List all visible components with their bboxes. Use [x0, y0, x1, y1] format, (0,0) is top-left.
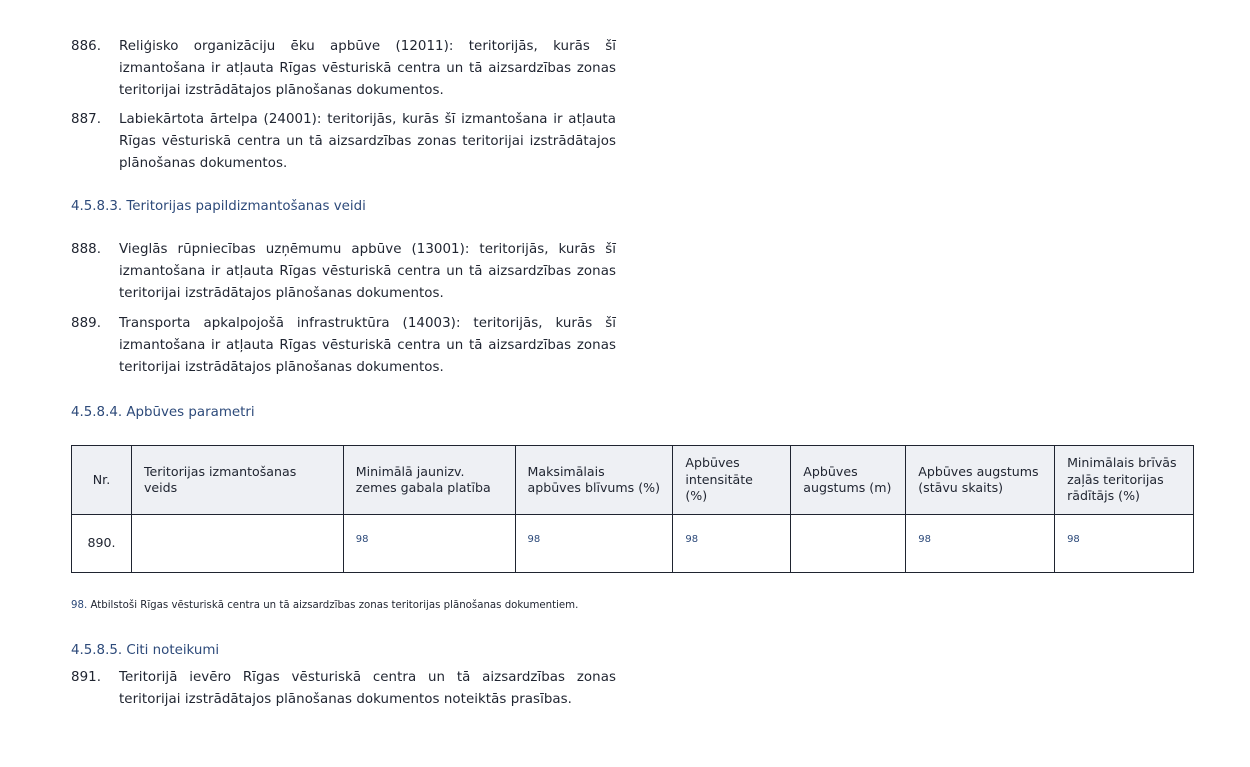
header-min-green-area: Minimālais brīvās zaļās teritorijas rādī…	[1055, 446, 1194, 515]
footnote-text: Atbilstoši Rīgas vēsturiskā centra un tā…	[90, 600, 578, 611]
cell-min-green-area-footnote-link[interactable]: 98	[1055, 515, 1194, 573]
section-heading-building-params: 4.5.8.4. Apbūves parametri	[71, 403, 255, 423]
cell-intensity-footnote-link[interactable]: 98	[673, 515, 791, 573]
header-intensity: Apbūves intensitāte (%)	[673, 446, 791, 515]
header-max-density: Maksimālais apbūves blīvums (%)	[515, 446, 673, 515]
header-min-plot-area: Minimālā jaunizv. zemes gabala platība	[343, 446, 515, 515]
cell-nr: 890.	[72, 515, 132, 573]
building-parameters-table: Nr. Teritorijas izmantošanas veids Minim…	[71, 445, 1194, 573]
clause-891: 891. Teritorijā ievēro Rīgas vēsturiskā …	[71, 667, 616, 711]
table-header-row: Nr. Teritorijas izmantošanas veids Minim…	[72, 446, 1194, 515]
header-height-floors: Apbūves augstums (stāvu skaits)	[906, 446, 1055, 515]
cell-min-plot-area-footnote-link[interactable]: 98	[343, 515, 515, 573]
header-height-m: Apbūves augstums (m)	[791, 446, 906, 515]
clause-886: 886. Reliģisko organizāciju ēku apbūve (…	[71, 36, 616, 102]
header-nr: Nr.	[72, 446, 132, 515]
section-heading-other-rules: 4.5.8.5. Citi noteikumi	[71, 641, 219, 661]
cell-land-use-type	[131, 515, 343, 573]
clause-number: 886.	[71, 36, 119, 58]
footnote-98: 98. Atbilstoši Rīgas vēsturiskā centra u…	[71, 598, 578, 614]
clause-number: 889.	[71, 313, 119, 335]
clause-text: Vieglās rūpniecības uzņēmumu apbūve (130…	[119, 239, 616, 305]
clause-text: Teritorijā ievēro Rīgas vēsturiskā centr…	[119, 667, 616, 711]
clause-number: 891.	[71, 667, 119, 689]
clause-number: 888.	[71, 239, 119, 261]
section-heading-secondary-uses: 4.5.8.3. Teritorijas papildizmantošanas …	[71, 197, 366, 217]
clause-887: 887. Labiekārtota ārtelpa (24001): terit…	[71, 109, 616, 175]
footnote-number[interactable]: 98.	[71, 600, 87, 611]
header-land-use-type: Teritorijas izmantošanas veids	[131, 446, 343, 515]
clause-888: 888. Vieglās rūpniecības uzņēmumu apbūve…	[71, 239, 616, 305]
cell-max-density-footnote-link[interactable]: 98	[515, 515, 673, 573]
clause-text: Transporta apkalpojošā infrastruktūra (1…	[119, 313, 616, 379]
cell-height-floors-footnote-link[interactable]: 98	[906, 515, 1055, 573]
clause-889: 889. Transporta apkalpojošā infrastruktū…	[71, 313, 616, 379]
clause-text: Labiekārtota ārtelpa (24001): teritorijā…	[119, 109, 616, 175]
cell-height-m	[791, 515, 906, 573]
clause-number: 887.	[71, 109, 119, 131]
clause-text: Reliģisko organizāciju ēku apbūve (12011…	[119, 36, 616, 102]
table-row: 890. 98 98 98 98 98	[72, 515, 1194, 573]
